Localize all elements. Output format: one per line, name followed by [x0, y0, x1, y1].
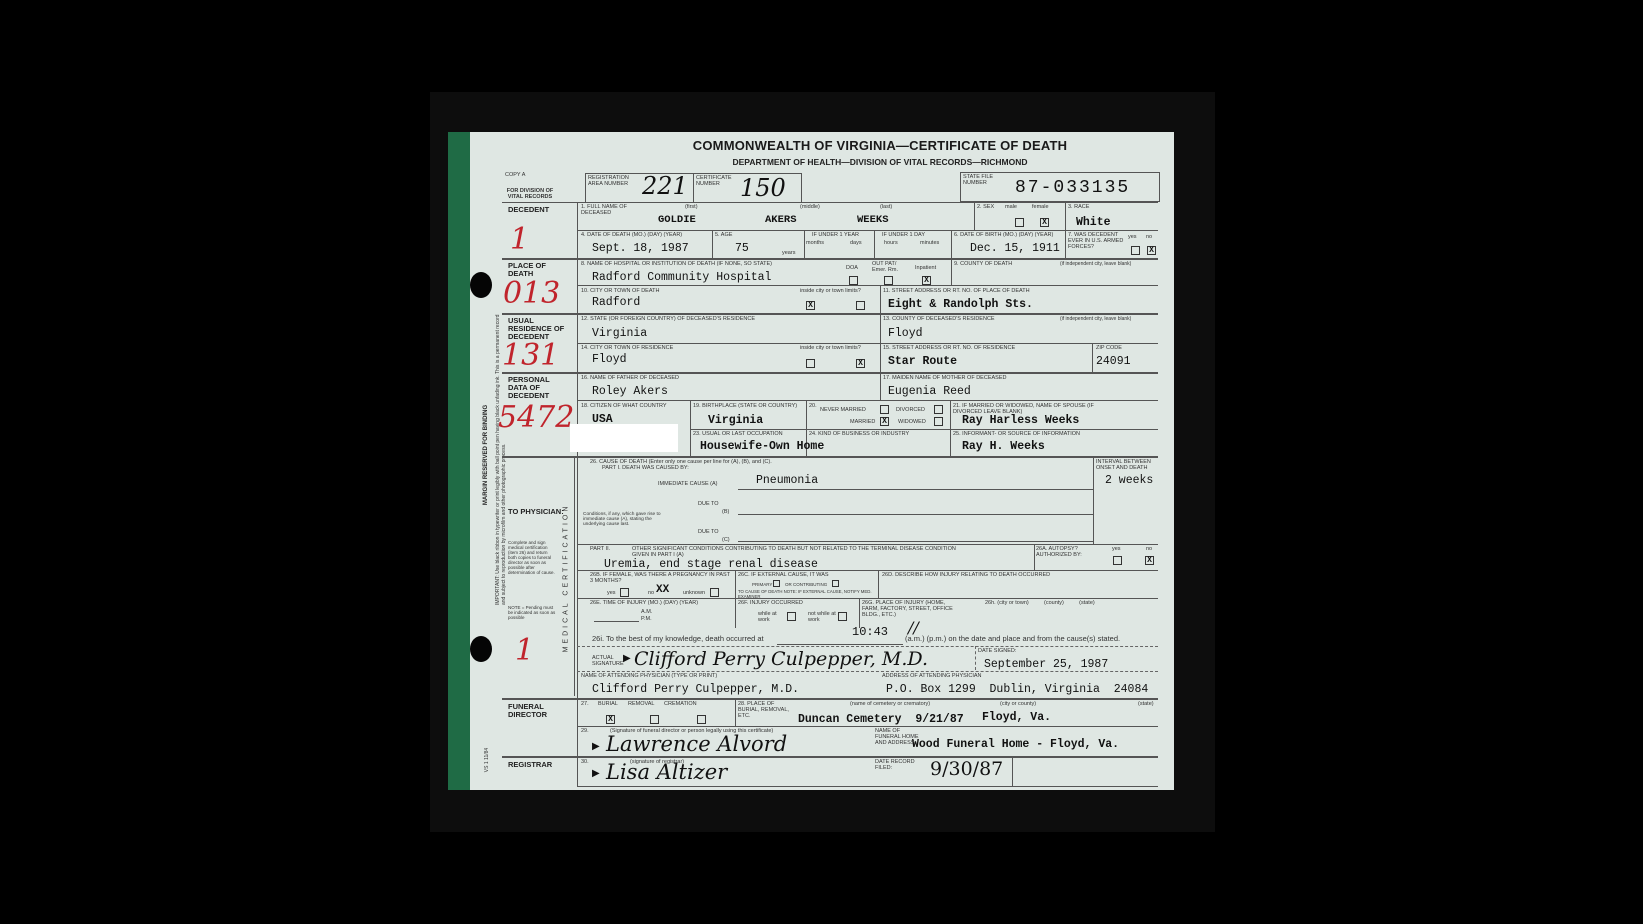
certificate-title: COMMONWEALTH OF VIRGINIA—CERTIFICATE OF …	[600, 138, 1160, 153]
label-under-day: IF UNDER 1 DAY	[882, 232, 925, 238]
label-preg-no: no	[648, 590, 654, 596]
punch-hole	[470, 636, 492, 662]
section-funeral-director: FUNERAL DIRECTOR	[508, 703, 568, 719]
label-due-to-b: DUE TO	[698, 501, 719, 507]
value-street-residence: Star Route	[888, 355, 957, 368]
rule	[880, 372, 881, 400]
label-disposition: 27.	[581, 701, 589, 707]
code-place-of-death: 013	[503, 276, 560, 311]
section-rule	[502, 313, 1158, 315]
checkbox-married[interactable]: X	[880, 417, 889, 426]
checkbox-residence-no[interactable]: X	[856, 359, 865, 368]
label-b: (B)	[722, 509, 729, 515]
label-birthplace: 19. BIRTHPLACE (state or country)	[693, 403, 797, 409]
rule	[594, 621, 639, 622]
rule	[804, 230, 805, 258]
pending-note: NOTE = Pending must be indicated as soon…	[508, 605, 556, 620]
rule	[502, 202, 1158, 203]
label-business: 24. KIND OF BUSINESS OR INDUSTRY	[809, 431, 909, 437]
label-years: years	[782, 250, 795, 256]
checkbox-outpatient[interactable]	[884, 276, 893, 285]
label-autopsy-yes: yes	[1112, 546, 1121, 552]
checkbox-autopsy-yes[interactable]	[1113, 556, 1122, 565]
value-age: 75	[735, 242, 749, 255]
value-last-name: WEEKS	[857, 214, 889, 226]
redacted-field	[570, 424, 678, 452]
label-county-residence: 13. COUNTY OF DECEASED'S RESIDENCE	[883, 316, 995, 322]
value-middle-name: AKERS	[765, 214, 797, 226]
value-date-of-death: Sept. 18, 1987	[592, 242, 689, 255]
conditions-note: Conditions, if any, which gave rise to i…	[583, 512, 673, 528]
state-file-number: 87-033135	[1015, 178, 1130, 198]
value-mother: Eugenia Reed	[888, 385, 971, 398]
checkbox-armed-yes[interactable]	[1131, 246, 1140, 255]
label-while-work: while at work	[758, 611, 786, 623]
section-to-physician: TO PHYSICIAN:	[508, 508, 568, 516]
rule	[690, 400, 691, 456]
signature-arrow-icon: ▶	[592, 768, 600, 779]
checkbox-not-while-work[interactable]	[838, 612, 847, 621]
label-last: (last)	[880, 204, 892, 210]
label-attending-name: NAME OF ATTENDING PHYSICIAN (Type or Pri…	[581, 673, 717, 679]
checkbox-burial[interactable]: X	[606, 715, 615, 724]
value-date-of-birth: Dec. 15, 1911	[970, 242, 1060, 255]
rule	[577, 544, 1158, 545]
punch-hole	[470, 272, 492, 298]
value-race: White	[1076, 216, 1111, 229]
checkbox-autopsy-no[interactable]: X	[1145, 556, 1154, 565]
form-code: VS 1 11/84	[482, 740, 492, 780]
checkbox-widowed[interactable]	[934, 417, 943, 426]
label-burial: BURIAL	[598, 701, 618, 707]
value-attending-name: Clifford Perry Culpepper, M.D.	[592, 683, 799, 696]
checkbox-divorced[interactable]	[934, 405, 943, 414]
rule	[690, 429, 1158, 430]
label-married: MARRIED	[850, 419, 875, 425]
rule	[577, 786, 1158, 787]
checkbox-pregnancy-unknown[interactable]	[710, 588, 719, 597]
label-middle: (middle)	[800, 204, 820, 210]
value-zip: 24091	[1096, 355, 1131, 368]
label-outpat: OUT PAT/ Emer. Rm.	[872, 261, 907, 273]
value-pregnancy-no: XX	[656, 584, 669, 596]
label-hospital: 8. NAME OF HOSPITAL OR INSTITUTION OF DE…	[581, 261, 772, 267]
checkbox-armed-no[interactable]: X	[1147, 246, 1156, 255]
code-decedent: 1	[510, 222, 529, 257]
label-no: no	[1146, 234, 1152, 240]
physician-signature: Clifford Perry Culpepper, M.D.	[634, 648, 928, 670]
binding-text: MARGIN RESERVED FOR BINDING	[483, 405, 489, 505]
rule	[951, 258, 952, 285]
label-injury-occurred: 26f. INJURY OCCURRED	[738, 600, 803, 606]
value-spouse: Ray Harless Weeks	[962, 414, 1079, 427]
medical-certification-text: MEDICAL CERTIFICATION	[563, 503, 570, 652]
state-file-label: STATE FILE NUMBER	[963, 174, 1003, 186]
registration-area-number: 221	[642, 172, 688, 200]
label-first: (first)	[685, 204, 698, 210]
rule	[777, 644, 903, 645]
rule	[859, 598, 860, 628]
value-father: Roley Akers	[592, 385, 668, 398]
label-months: months	[806, 240, 824, 246]
checkbox-primary[interactable]	[773, 580, 780, 587]
checkbox-inside-no[interactable]	[856, 301, 865, 310]
rule	[1034, 544, 1035, 570]
label-days: days	[850, 240, 862, 246]
value-first-name: GOLDIE	[658, 214, 696, 226]
label-contributing: or CONTRIBUTING	[785, 582, 827, 588]
label-date-of-birth: 6. DATE OF BIRTH (mo.) (day) (year)	[954, 232, 1064, 238]
rule	[975, 646, 976, 670]
label-yes: yes	[1128, 234, 1137, 240]
registrar-signature: Lisa Altizer	[606, 760, 727, 784]
label-due-to-c: DUE TO	[698, 529, 719, 535]
code-physician: 1	[515, 633, 534, 668]
label-street-residence: 15. STREET ADDRESS OR RT. NO. OF RESIDEN…	[883, 345, 1015, 351]
value-immediate-cause: Pneumonia	[756, 474, 818, 487]
value-hospital: Radford Community Hospital	[592, 271, 771, 284]
section-registrar: REGISTRAR	[508, 761, 552, 769]
label-external-cause: 26c. IF EXTERNAL CAUSE, IT WAS	[738, 572, 829, 578]
label-hours: hours	[884, 240, 898, 246]
label-divorced: DIVORCED	[896, 407, 925, 413]
checkbox-pregnancy-yes[interactable]	[620, 588, 629, 597]
signature-arrow-icon: ▶	[623, 653, 631, 664]
value-street-of-death: Eight & Randolph Sts.	[888, 298, 1033, 311]
rule	[1065, 230, 1066, 258]
copy-label: COPY A	[505, 172, 525, 178]
label-minutes: minutes	[920, 240, 939, 246]
checkbox-residence-yes[interactable]	[806, 359, 815, 368]
value-occupation: Housewife-Own Home	[700, 440, 824, 453]
label-cremation: CREMATION	[664, 701, 697, 707]
divider	[693, 173, 694, 202]
value-funeral-home: Wood Funeral Home - Floyd, Va.	[912, 738, 1119, 751]
label-am: A.M.	[641, 609, 652, 615]
label-independent-city: (if independent city, leave blank)	[1060, 261, 1131, 267]
value-date-signed: September 25, 1987	[984, 658, 1108, 671]
rule	[1092, 343, 1093, 372]
value-attending-address: P.O. Box 1299 Dublin, Virginia 24084	[886, 683, 1148, 696]
label-not-while-work: not while at work	[808, 611, 840, 623]
rule	[577, 598, 1158, 599]
rule	[735, 570, 736, 628]
label-informant: 25. INFORMANT- OR SOURCE OF INFORMATION	[953, 431, 1080, 437]
label-preg-yes: yes	[607, 590, 616, 596]
label-doa: DOA	[846, 265, 858, 271]
value-interval: 2 weeks	[1105, 474, 1153, 487]
registration-area-label: REGISTRATION AREA NUMBER	[588, 175, 640, 187]
label-removal: REMOVAL	[628, 701, 655, 707]
label-preg-unknown: unknown	[683, 590, 705, 596]
label-injury-location: 26h. (city or town) (county) (state)	[985, 600, 1095, 606]
label-part2: PART II.	[590, 546, 610, 552]
label-mother: 17. MAIDEN NAME OF MOTHER OF DECEASED	[883, 375, 1006, 381]
label-male: male	[1005, 204, 1017, 210]
certificate-number-label: CERTIFICATE NUMBER	[696, 175, 736, 187]
label-city-of-death: 10. CITY OR TOWN OF DEATH	[581, 288, 659, 294]
rule	[577, 646, 1158, 647]
label-date-signed: DATE SIGNED:	[978, 648, 1016, 654]
checkbox-cremation[interactable]	[697, 715, 706, 724]
label-actual-signature: ACTUAL SIGNATURE	[592, 655, 622, 667]
label-state: (state)	[1138, 701, 1154, 707]
value-county-residence: Floyd	[888, 327, 923, 340]
section-personal-data: PERSONAL DATA OF DECEDENT	[508, 376, 568, 400]
label-city-county: (city or county)	[1000, 701, 1036, 707]
value-time-of-death: 10:43	[852, 625, 888, 639]
label-female: female	[1032, 204, 1049, 210]
binding-strip	[448, 132, 470, 790]
label-age: 5. AGE	[715, 232, 732, 238]
rule	[738, 541, 1093, 542]
rule	[577, 400, 1158, 401]
label-f29: 29.	[581, 728, 589, 734]
label-widowed: WIDOWED	[898, 419, 926, 425]
label-immediate-cause: IMMEDIATE CAUSE (A)	[658, 481, 718, 487]
label-citizen: 18. CITIZEN OF WHAT COUNTRY	[581, 403, 667, 409]
label-interval: INTERVAL BETWEEN ONSET AND DEATH	[1096, 459, 1158, 471]
value-city-residence: Floyd	[592, 353, 627, 366]
label-zip: ZIP CODE	[1096, 345, 1122, 351]
section-rule	[502, 698, 1158, 700]
rule	[712, 230, 713, 258]
label-place-of-burial: 28. PLACE OF BURIAL, REMOVAL, ETC.	[738, 701, 793, 719]
label-place-of-injury: 26g. PLACE OF INJURY (home, farm, factor…	[862, 600, 962, 618]
director-signature: Lawrence Alvord	[606, 732, 787, 756]
value-birthplace: Virginia	[708, 414, 763, 427]
label-injury-description: 26d. DESCRIBE HOW INJURY RELATING TO DEA…	[882, 572, 1050, 578]
checkbox-never-married[interactable]	[880, 405, 889, 414]
label-never-married: NEVER MARRIED	[820, 407, 866, 413]
label-full-name: 1. FULL NAME OF DECEASED	[581, 204, 631, 216]
checkbox-removal[interactable]	[650, 715, 659, 724]
rule	[577, 343, 1158, 344]
rule	[577, 570, 1158, 571]
label-marital: 20.	[809, 403, 817, 409]
label-time-of-injury: 26e. TIME OF INJURY (mo.) (day) (year)	[590, 600, 730, 606]
for-division-label: FOR DIVISION OF VITAL RECORDS	[500, 188, 560, 200]
label-autopsy-no: no	[1146, 546, 1152, 552]
label-autopsy: 26a. AUTOPSY? AUTHORIZED BY:	[1036, 546, 1096, 558]
rule	[880, 285, 881, 313]
label-cemetery: (name of cemetery or crematory)	[850, 701, 930, 707]
code-personal: 5472	[498, 400, 574, 435]
label-f30: 30.	[581, 759, 589, 765]
checkbox-male[interactable]	[1015, 218, 1024, 227]
rule	[577, 671, 1158, 672]
medical-certification-label: MEDICAL CERTIFICATION	[560, 460, 572, 695]
section-decedent: DECEDENT	[508, 206, 549, 214]
value-city-of-death: Radford	[592, 296, 640, 309]
value-date-filed: 9/30/87	[930, 758, 1003, 780]
value-burial-city: Floyd, Va.	[982, 711, 1051, 724]
label-primary: PRIMARY	[752, 582, 772, 588]
rule	[1093, 456, 1094, 544]
label-city-residence: 14. CITY OR TOWN OF RESIDENCE	[581, 345, 673, 351]
rule	[1065, 202, 1066, 230]
rule	[951, 230, 952, 258]
rule	[1012, 756, 1013, 786]
certificate-number: 150	[740, 174, 786, 202]
label-c: (C)	[722, 537, 730, 543]
certificate-subtitle: DEPARTMENT OF HEALTH—DIVISION OF VITAL R…	[600, 157, 1160, 167]
label-occupation: 23. USUAL OR LAST OCCUPATION	[693, 431, 783, 437]
label-pregnancy: 26b. IF FEMALE, WAS THERE A PREGNANCY IN…	[590, 572, 730, 584]
rule	[577, 285, 1158, 286]
label-sex: 2. SEX	[977, 204, 994, 210]
section-rule	[502, 756, 1158, 758]
rule	[878, 570, 879, 598]
section-rule	[502, 258, 1158, 260]
label-state-residence: 12. STATE (OR FOREIGN COUNTRY) OF DECEAS…	[581, 316, 755, 322]
label-pm: P.M.	[641, 616, 652, 622]
rule	[950, 400, 951, 456]
label-inside-city: inside city or town limits?	[800, 288, 861, 294]
label-county-of-death: 9. COUNTY OF DEATH	[954, 261, 1012, 267]
label-date-of-death: 4. DATE OF DEATH (mo.) (day) (year)	[581, 232, 711, 238]
rule	[577, 230, 1158, 231]
checkbox-doa[interactable]	[849, 276, 858, 285]
checkbox-contributing[interactable]	[832, 580, 839, 587]
value-state-residence: Virginia	[592, 327, 647, 340]
rule	[738, 489, 1093, 490]
label-inside-city-2: inside city or town limits?	[800, 345, 861, 351]
rule	[577, 726, 1158, 727]
rule	[974, 202, 975, 230]
signature-arrow-icon: ▶	[592, 741, 600, 752]
code-residence: 131	[502, 338, 559, 373]
rule	[735, 698, 736, 726]
label-death-occurred-after: (a.m.) (p.m.) on the date and place and …	[905, 636, 1120, 642]
checkbox-inside-yes[interactable]: X	[806, 301, 815, 310]
label-cause-of-death: 26. CAUSE OF DEATH (Enter only one cause…	[590, 459, 1030, 471]
label-death-occurred: 26i. To the best of my knowledge, death …	[592, 636, 764, 642]
label-attending-address: ADDRESS OF ATTENDING PHYSICIAN	[882, 673, 982, 679]
section-rule	[502, 372, 1158, 374]
value-burial-place: Duncan Cemetery 9/21/87	[798, 713, 964, 726]
label-race: 3. RACE	[1068, 204, 1089, 210]
form-code-text: VS 1 11/84	[484, 748, 490, 772]
checkbox-inpatient[interactable]: X	[922, 276, 931, 285]
section-rule	[502, 456, 1158, 458]
part2-text: OTHER SIGNIFICANT CONDITIONS CONTRIBUTIN…	[632, 546, 972, 558]
physician-note: Complete and sign medical certification …	[508, 540, 556, 575]
checkbox-while-work[interactable]	[787, 612, 796, 621]
label-street-of-death: 11. STREET ADDRESS OR RT. NO. OF PLACE O…	[883, 288, 1030, 294]
checkbox-female[interactable]: X	[1040, 218, 1049, 227]
value-informant: Ray H. Weeks	[962, 440, 1045, 453]
label-father: 16. NAME OF FATHER OF DECEASED	[581, 375, 679, 381]
label-under-year: IF UNDER 1 YEAR	[812, 232, 859, 238]
part1-label: PART I. DEATH WAS CAUSED BY:	[590, 465, 689, 471]
label-inpatient: Inpatient	[915, 265, 936, 271]
label-independent-city: (if independent city, leave blank)	[1060, 316, 1131, 322]
rule	[738, 514, 1093, 515]
label-armed-forces: 7. WAS DECEDENT EVER IN U.S. ARMED FORCE…	[1068, 232, 1126, 250]
rule	[574, 456, 575, 696]
rule	[874, 230, 875, 258]
label-date-filed: DATE RECORD FILED:	[875, 759, 920, 771]
